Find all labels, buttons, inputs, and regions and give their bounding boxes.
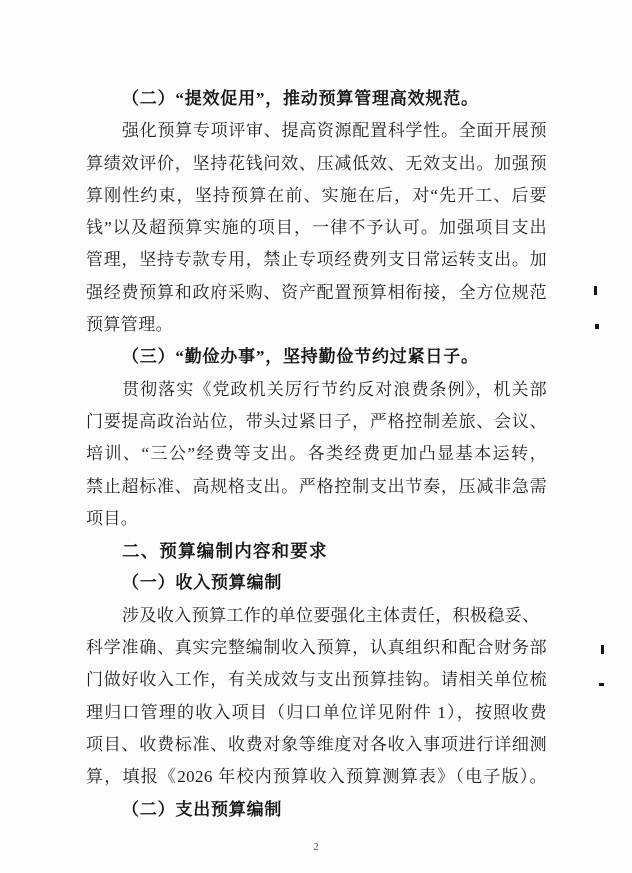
scan-artifact-mark [595, 324, 599, 329]
section-heading-3: （三）“勤俭办事”，坚持勤俭节约过紧日子。 [86, 341, 547, 373]
paragraph-line: 理归口管理的收入项目（归口单位详见附件 1），按照收费 [86, 697, 547, 729]
paragraph-line: 科学准确、真实完整编制收入预算，认真组织和配合财务部 [86, 632, 547, 664]
paragraph-line: 强经费预算和政府采购、资产配置预算相衔接，全方位规范 [86, 277, 547, 309]
paragraph-line: 培训、“三公”经费等支出。各类经费更加凸显基本运转， [86, 438, 547, 470]
paragraph-line: 算绩效评价，坚持花钱问效、压减低效、无效支出。加强预 [86, 148, 547, 180]
scan-artifact-mark [594, 286, 597, 295]
paragraph-line: 贯彻落实《党政机关厉行节约反对浪费条例》，机关部 [86, 374, 547, 406]
paragraph-line: 管理，坚持专款专用，禁止专项经费列支日常运转支出。加 [86, 244, 547, 276]
section-heading-2: （二）“提效促用”，推动预算管理高效规范。 [86, 83, 547, 115]
paragraph-line: 门要提高政治站位，带头过紧日子，严格控制差旅、会议、 [86, 406, 547, 438]
scanned-document-page: （二）“提效促用”，推动预算管理高效规范。 强化预算专项评审、提高资源配置科学性… [0, 0, 632, 873]
paragraph-line: 禁止超标准、高规格支出。严格控制支出节奏，压减非急需 [86, 471, 547, 503]
paragraph-line: 预算管理。 [86, 309, 547, 341]
scan-artifact-mark [599, 683, 604, 686]
section-heading-2-expense: （二）支出预算编制 [86, 794, 547, 826]
paragraph-line: 算刚性约束，坚持预算在前、实施在后，对“先开工、后要 [86, 180, 547, 212]
paragraph-line: 算，填报《2026 年校内预算收入预算测算表》（电子版）。 [86, 761, 547, 793]
paragraph-line: 涉及收入预算工作的单位要强化主体责任，积极稳妥、 [86, 600, 547, 632]
scan-artifact-mark [601, 645, 604, 654]
paragraph-line: 钱”以及超预算实施的项目，一律不予认可。加强项目支出 [86, 212, 547, 244]
paragraph-line: 门做好收入工作，有关成效与支出预算挂钩。请相关单位梳 [86, 664, 547, 696]
paragraph-line: 项目。 [86, 503, 547, 535]
chapter-heading-2: 二、预算编制内容和要求 [86, 535, 547, 567]
page-number: 2 [0, 841, 632, 853]
paragraph-line: 强化预算专项评审、提高资源配置科学性。全面开展预 [86, 115, 547, 147]
paragraph-line: 项目、收费标准、收费对象等维度对各收入事项进行详细测 [86, 729, 547, 761]
section-heading-1-income: （一）收入预算编制 [86, 567, 547, 599]
document-text-block: （二）“提效促用”，推动预算管理高效规范。 强化预算专项评审、提高资源配置科学性… [86, 83, 547, 826]
